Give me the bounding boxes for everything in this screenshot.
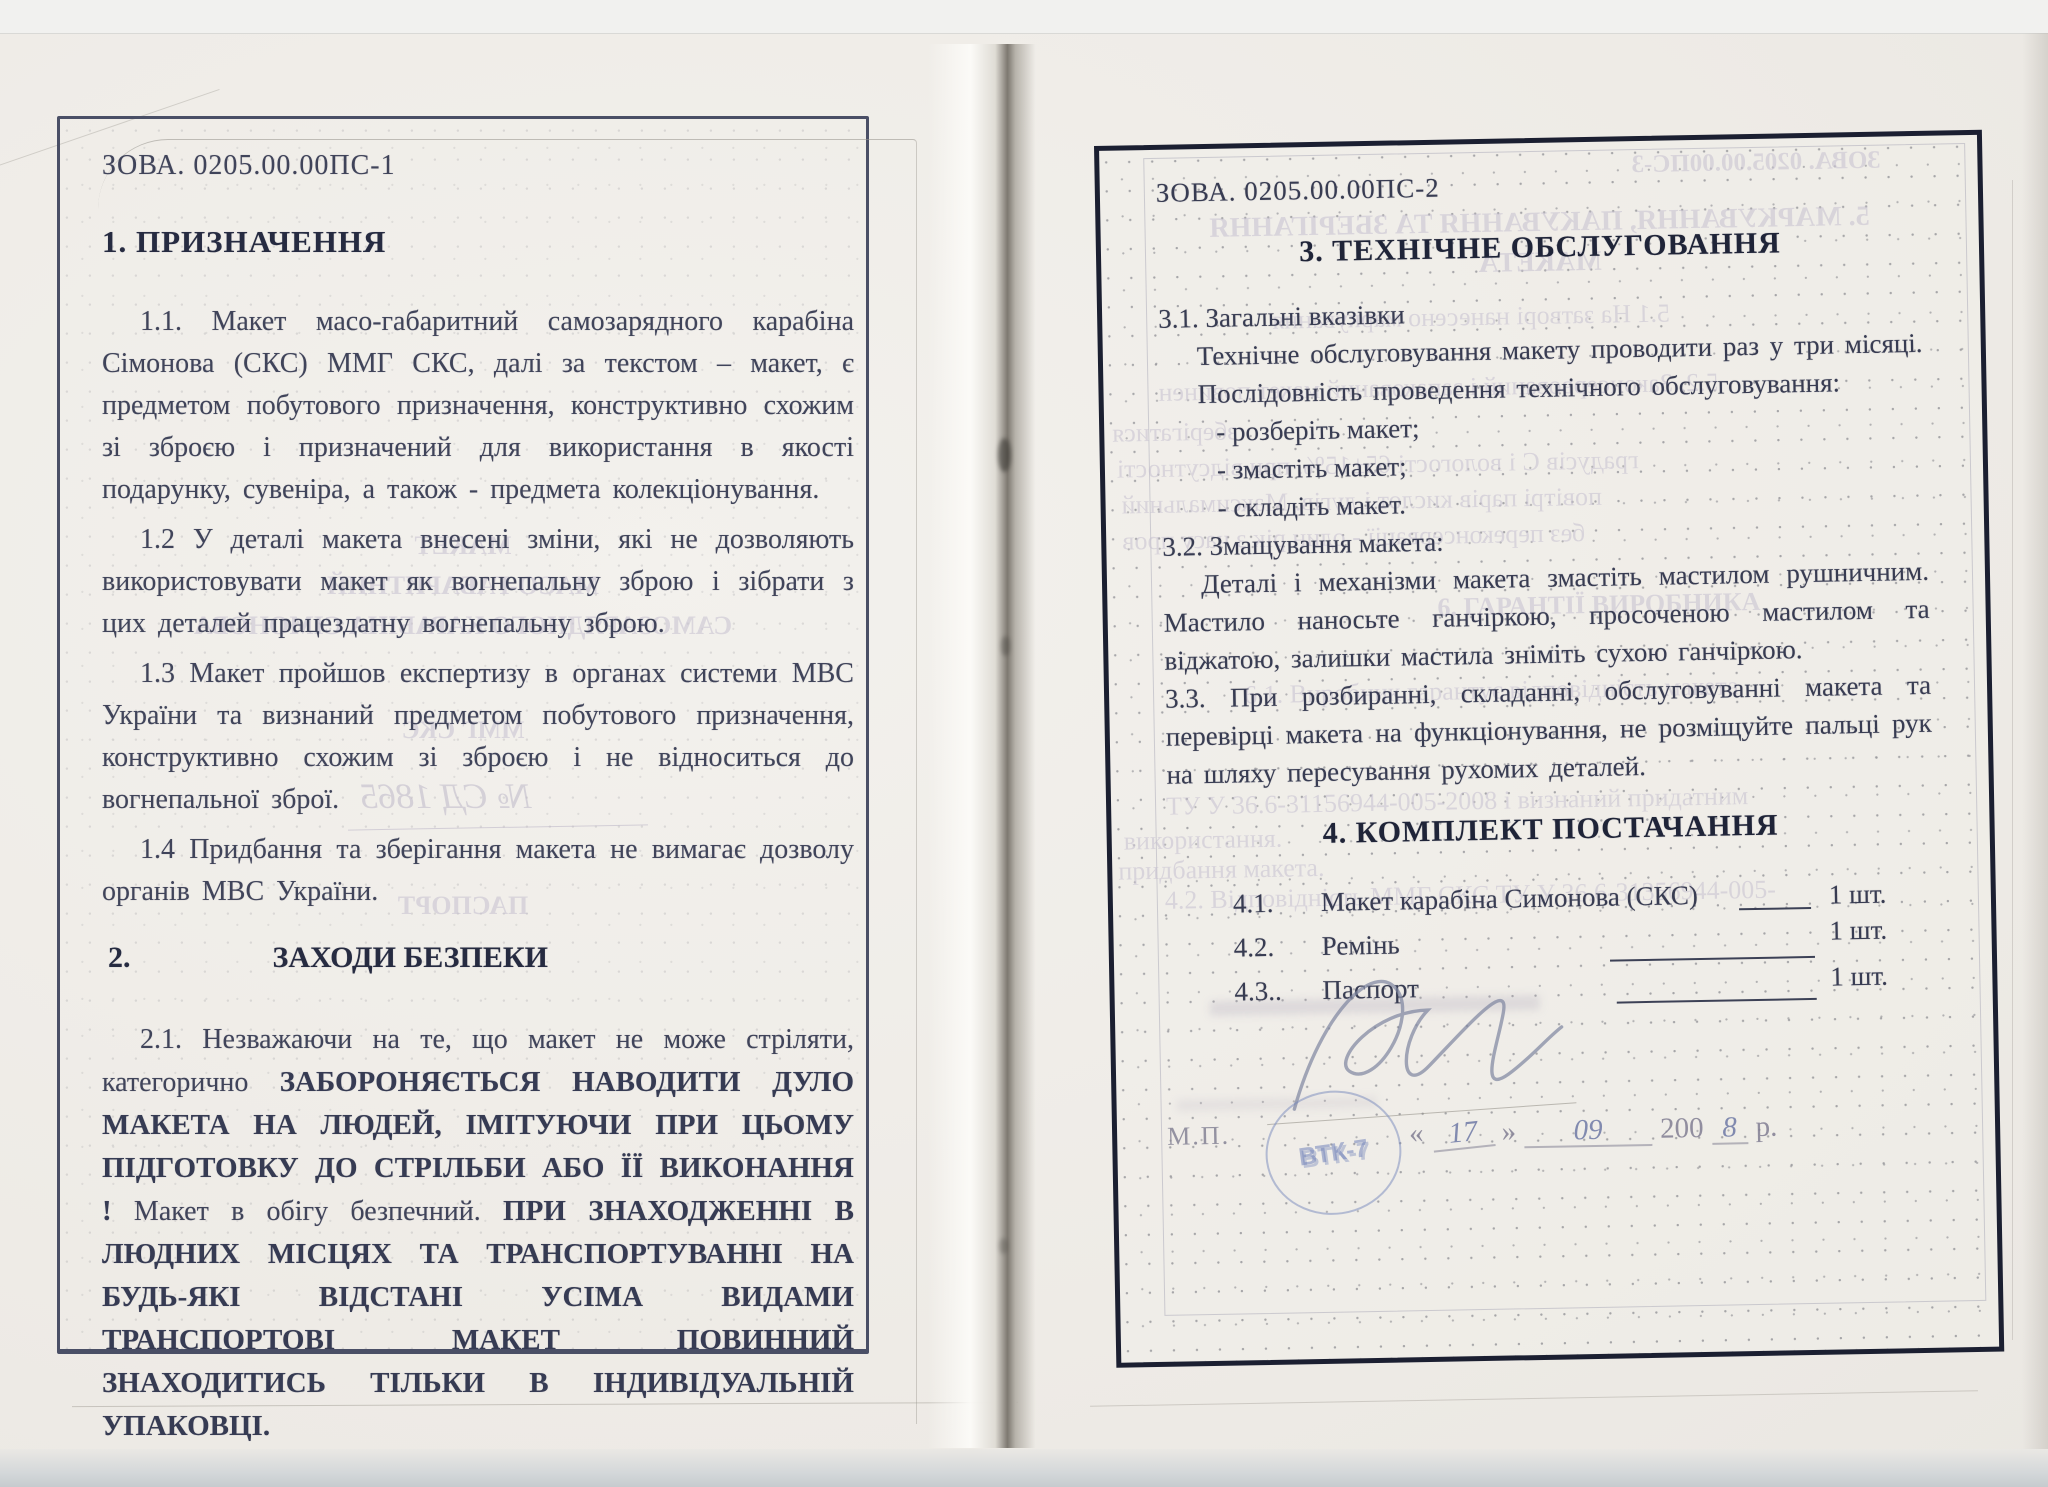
section-4-heading: 4. КОМПЛЕКТ ПОСТАЧАННЯ	[1167, 804, 1934, 856]
scanner-bottom-edge	[0, 1449, 2048, 1487]
item-number: 4.1.	[1233, 883, 1322, 923]
scanner-top-edge	[0, 0, 2048, 34]
item-quantity: 1 шт.	[1828, 875, 1886, 914]
handwritten-day: 17	[1430, 1114, 1495, 1152]
fold-shadow-blob	[999, 1238, 1008, 1254]
fold-shadow-blob	[1001, 636, 1010, 656]
paragraph-1-1: 1.1. Макет масо-габаритний самозарядного…	[102, 301, 854, 511]
scanner-right-edge	[2022, 33, 2048, 1449]
handwritten-month: 09	[1524, 1114, 1653, 1148]
fill-in-rule	[1617, 998, 1817, 1004]
year-suffix: р.	[1755, 1111, 1777, 1144]
paragraph-1-2: 1.2 У деталі макета внесені зміни, які н…	[102, 519, 854, 645]
paragraph-2-1: 2.1. Незважаючи на те, що макет не може …	[102, 1019, 854, 1448]
under-sheet-right-line	[2012, 180, 2013, 1340]
section-3-heading: 3. ТЕХНІЧНЕ ОБСЛУГОВАННЯ	[1157, 222, 1924, 274]
warning-text-bold: ПРИ ЗНАХОДЖЕННІ В ЛЮДНИХ МІСЦЯХ ТА ТРАНС…	[102, 1195, 854, 1442]
fill-in-rule	[1610, 956, 1815, 962]
document-code: ЗОВА. 0205.00.00ПС-1	[102, 145, 854, 187]
paragraph-3-2-text: Деталі і механізми макета змастіть масти…	[1163, 552, 1931, 680]
left-page-text: ЗОВА. 0205.00.00ПС-1 1. ПРИЗНАЧЕННЯ 1.1.…	[102, 145, 854, 1456]
warning-text-normal: Макет в обігу безпечний.	[112, 1196, 503, 1227]
item-quantity: 1 шт.	[1830, 957, 1888, 996]
page-fold-gutter	[928, 44, 1040, 1448]
quote-close: »	[1501, 1115, 1516, 1148]
maintenance-steps-list: - розберіть макет; - змастіть макет; - с…	[1160, 400, 1928, 528]
item-label: Макет карабіна Симонова (СКС)	[1321, 880, 1699, 917]
year-prefix: 200	[1660, 1112, 1704, 1146]
left-page: МАКЕТ МАСО-ГАБАРИТНИЙ САМОЗАРЯДНОГО КАРА…	[57, 116, 869, 1354]
fold-staple-shadow	[998, 438, 1011, 472]
fill-in-rule	[1739, 907, 1811, 910]
date-line: « 17 » 09 200 8 р.	[1409, 1111, 1778, 1151]
paragraph-1-3: 1.3 Макет пройшов експертизу в органах с…	[102, 653, 854, 821]
seal-place-label: М.П.	[1167, 1121, 1230, 1152]
right-page: ЗОВА. 0205.00.00ПС-3 5. МАРКУВАННЯ, ПАКУ…	[1094, 130, 2004, 1368]
right-page-text: ЗОВА. 0205.00.00ПС-2 3. ТЕХНІЧНЕ ОБСЛУГО…	[1156, 160, 1937, 1018]
paragraph-1-4: 1.4 Придбання та зберігання макета не ви…	[102, 829, 854, 913]
quote-open: «	[1409, 1117, 1424, 1150]
scanned-booklet-spread: { "page_left": { "doc_code": "ЗОВА. 0205…	[0, 0, 2048, 1487]
section-2-title: ЗАХОДИ БЕЗПЕКИ	[273, 941, 548, 974]
paragraph-3-3-text: 3.3. При розбиранні, складанні, обслугов…	[1165, 666, 1933, 794]
stamp-text: ВТК-7	[1297, 1134, 1370, 1172]
section-2-number: 2.	[108, 941, 131, 974]
handwritten-year-digit: 8	[1711, 1112, 1748, 1145]
section-2-heading: 2.ЗАХОДИ БЕЗПЕКИ	[108, 937, 854, 979]
section-1-heading: 1. ПРИЗНАЧЕННЯ	[102, 221, 854, 263]
item-quantity: 1 шт.	[1829, 911, 1887, 950]
